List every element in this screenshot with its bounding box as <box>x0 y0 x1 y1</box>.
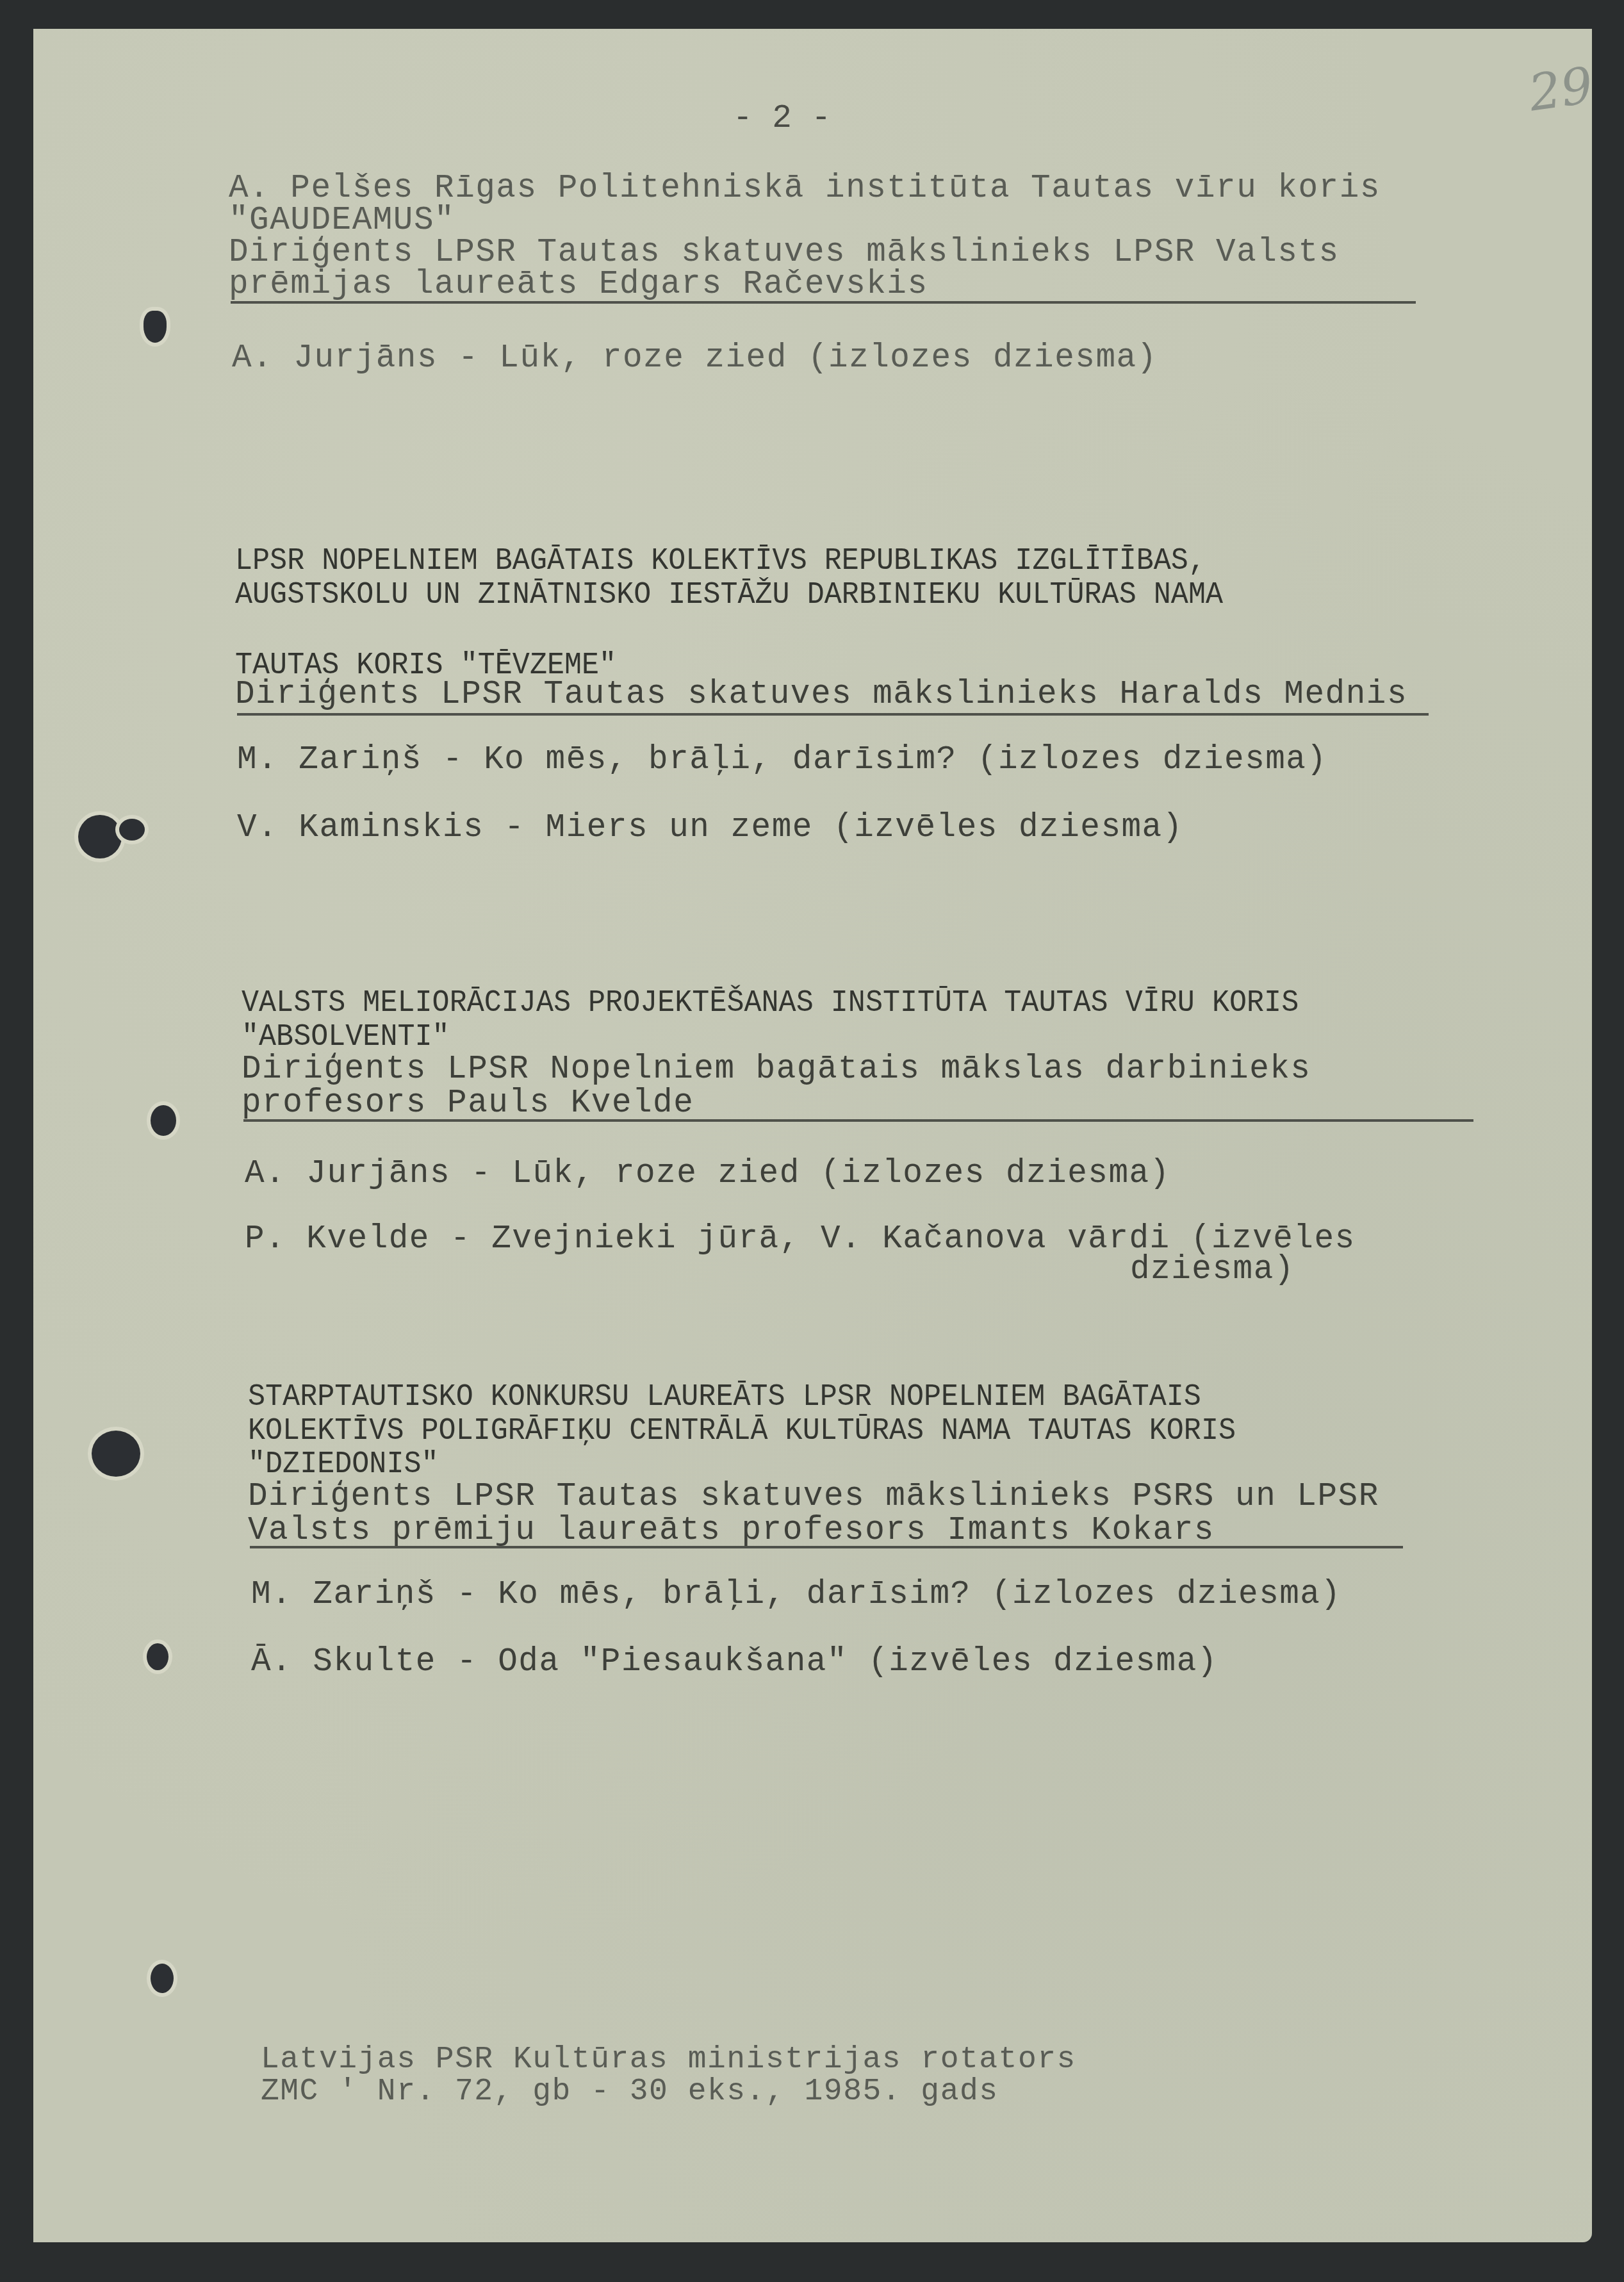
conductor-line: Diriģents LPSR Nopelniem bagātais māksla… <box>242 1051 1311 1089</box>
section-heading-line: KOLEKTĪVS POLIGRĀFIĶU CENTRĀLĀ KULTŪRAS … <box>248 1411 1236 1450</box>
punch-hole <box>151 1105 176 1136</box>
punch-hole <box>151 1964 174 1993</box>
section-heading-line: VALSTS MELIORĀCIJAS PROJEKTĒŠANAS INSTIT… <box>242 983 1299 1022</box>
section-heading-line: "DZIEDONIS" <box>248 1445 439 1483</box>
song-entry: M. Zariņš - Ko mēs, brāļi, darīsim? (izl… <box>251 1576 1341 1614</box>
underline-rule <box>231 301 1416 304</box>
conductor-line: Diriģents LPSR Tautas skatuves mākslinie… <box>235 676 1407 714</box>
song-entry: A. Jurjāns - Lūk, roze zied (izlozes dzi… <box>245 1155 1170 1194</box>
document-page: 29 - 2 - A. Pelšes Rīgas Politehniskā in… <box>33 29 1592 2242</box>
section-heading-line: LPSR NOPELNIEM BAGĀTAIS KOLEKTĪVS REPUBL… <box>235 541 1206 580</box>
punch-hole <box>78 815 122 858</box>
underline-rule <box>243 1119 1473 1122</box>
footer-line: ZMC ' Nr. 72, gb - 30 eks., 1985. gads <box>261 2073 999 2111</box>
song-entry: A. Jurjāns - Lūk, roze zied (izlozes dzi… <box>232 340 1158 378</box>
punch-hole <box>147 1643 168 1670</box>
punch-hole <box>92 1431 140 1477</box>
page-number: - 2 - <box>733 101 831 137</box>
song-entry: Ā. Skulte - Oda "Piesaukšana" (izvēles d… <box>251 1643 1218 1682</box>
underline-rule <box>250 1546 1403 1548</box>
conductor-line: profesors Pauls Kvelde <box>242 1085 694 1123</box>
handwritten-page-number: 29 <box>1525 57 1596 123</box>
section-heading-line: AUGSTSKOLU UN ZINĀTNISKO IESTĀŽU DARBINI… <box>235 575 1223 614</box>
section-heading-line: STARPTAUTISKO KONKURSU LAUREĀTS LPSR NOP… <box>248 1377 1201 1416</box>
song-entry: M. Zariņš - Ko mēs, brāļi, darīsim? (izl… <box>237 741 1327 780</box>
punch-hole <box>119 819 145 841</box>
conductor-line: prēmijas laureāts Edgars Račevskis <box>229 266 928 304</box>
song-entry-continuation: dziesma) <box>1130 1251 1295 1290</box>
underline-rule <box>237 713 1429 716</box>
punch-hole <box>144 311 167 343</box>
conductor-line: Valsts prēmiju laureāts profesors Imants… <box>248 1512 1215 1550</box>
conductor-line: Diriģents LPSR Tautas skatuves mākslinie… <box>248 1478 1379 1516</box>
section-heading-line: "ABSOLVENTI" <box>242 1017 450 1056</box>
song-entry: V. Kaminskis - Miers un zeme (izvēles dz… <box>237 809 1183 848</box>
